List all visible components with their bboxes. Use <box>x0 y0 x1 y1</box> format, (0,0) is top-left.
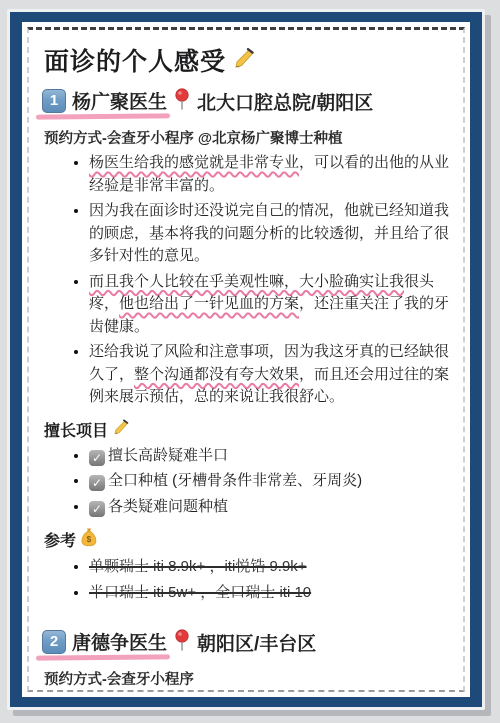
highlighted-text: 杨医生给我的感觉就是非常专业 <box>89 154 299 171</box>
doctor-2-booking: 预约方式-会查牙小程序 <box>44 668 450 689</box>
page-title: 面诊的个人感受 <box>44 42 226 78</box>
check-mark-icon <box>89 475 105 491</box>
doctor-2-heading: 2 唐德争医生 朝阳区/丰台区 <box>42 628 450 657</box>
specialty-item: 全口种植 (牙槽骨条件非常差、牙周炎) <box>89 470 450 493</box>
page-title-row: 面诊的个人感受 <box>44 42 450 78</box>
review-list: 杨医生给我的感觉就是非常专业，可以看的出他的从业经验是非常丰富的。因为我在面诊时… <box>42 152 450 409</box>
specialty-label: 全口种植 (牙槽骨条件非常差、牙周炎) <box>108 472 362 489</box>
specialty-list: 擅长高龄疑难半口全口种植 (牙槽骨条件非常差、牙周炎)各类疑难问题种植 <box>42 445 450 519</box>
specialty-item: 各类疑难问题种植 <box>89 496 450 519</box>
price-item: 单颗瑞士 iti 8.9k+ ，iti悦锆 9.9k+ <box>89 556 450 579</box>
blue-frame-poster: 面诊的个人感受 1 杨广聚医生 北大口腔总院/朝阳区 预约方式-会查牙小程序 @… <box>7 9 485 710</box>
check-mark-icon <box>89 450 105 466</box>
writing-hand-icon <box>232 46 256 75</box>
review-item: 因为我在面诊时还没说完自己的情况，他就已经知道我的顾虑，基本将我的问题分析的比较… <box>89 200 450 268</box>
writing-hand-icon <box>112 418 130 441</box>
check-mark-icon <box>89 501 105 517</box>
money-bag-icon: $ <box>80 527 98 552</box>
specialty-item: 擅长高龄疑难半口 <box>89 445 450 468</box>
doctor-1-heading: 1 杨广聚医生 北大口腔总院/朝阳区 <box>42 87 450 116</box>
doctor-1-booking: 预约方式-会查牙小程序 @北京杨广聚博士种植 <box>44 127 450 148</box>
price-heading: 参考 $ <box>44 527 450 552</box>
highlighted-text: 整个沟通都没有夸大效果 <box>134 366 299 383</box>
review-item: 杨医生给我的感觉就是非常专业，可以看的出他的从业经验是非常丰富的。 <box>89 152 450 197</box>
specialty-label: 擅长高龄疑难半口 <box>108 447 228 464</box>
highlighted-text: 他也给出了一针见血的方案 <box>119 295 299 312</box>
price-list: 单颗瑞士 iti 8.9k+ ，iti悦锆 9.9k+半口瑞士 iti 5w+ … <box>42 556 450 604</box>
round-pushpin-icon <box>174 629 190 657</box>
price-label: 半口瑞士 iti 5w+ ，全口瑞士 iti 10 <box>89 584 311 601</box>
doctor-1-underlined-name: 1 杨广聚医生 <box>42 87 167 116</box>
specialty-label: 各类疑难问题种植 <box>108 498 228 515</box>
doctor-2-underlined-name: 2 唐德争医生 <box>42 628 167 657</box>
doctor-1-location: 北大口腔总院/朝阳区 <box>197 88 373 115</box>
note-paper: 面诊的个人感受 1 杨广聚医生 北大口腔总院/朝阳区 预约方式-会查牙小程序 @… <box>22 22 470 697</box>
keycap-2-icon: 2 <box>42 630 66 654</box>
specialty-heading: 擅长项目 <box>44 418 450 441</box>
plain-text: 因为我在面诊时还没说完自己的情况，他就已经知道我的顾虑，基本将我的问题分析的比较… <box>89 202 449 264</box>
highlighted-text: 而且我个人比较在乎美观性嘛，大小脸确实让我 <box>89 273 404 290</box>
price-heading-label: 参考 <box>44 528 76 551</box>
doctor-2-name: 唐德争医生 <box>72 628 167 655</box>
price-label: 单颗瑞士 iti 8.9k+ ，iti悦锆 9.9k+ <box>89 558 307 575</box>
review-item: 而且我个人比较在乎美观性嘛，大小脸确实让我很头疼，他也给出了一针见血的方案，还注… <box>89 271 450 339</box>
price-item: 半口瑞士 iti 5w+ ，全口瑞士 iti 10 <box>89 582 450 605</box>
specialty-heading-label: 擅长项目 <box>44 418 108 441</box>
round-pushpin-icon <box>174 88 190 116</box>
doctor-1-name: 杨广聚医生 <box>72 87 167 114</box>
doctor-2-location: 朝阳区/丰台区 <box>197 629 316 656</box>
keycap-1-icon: 1 <box>42 89 66 113</box>
review-item: 还给我说了风险和注意事项，因为我这牙真的已经缺很久了，整个沟通都没有夸大效果，而… <box>89 341 450 409</box>
svg-text:$: $ <box>87 535 92 544</box>
